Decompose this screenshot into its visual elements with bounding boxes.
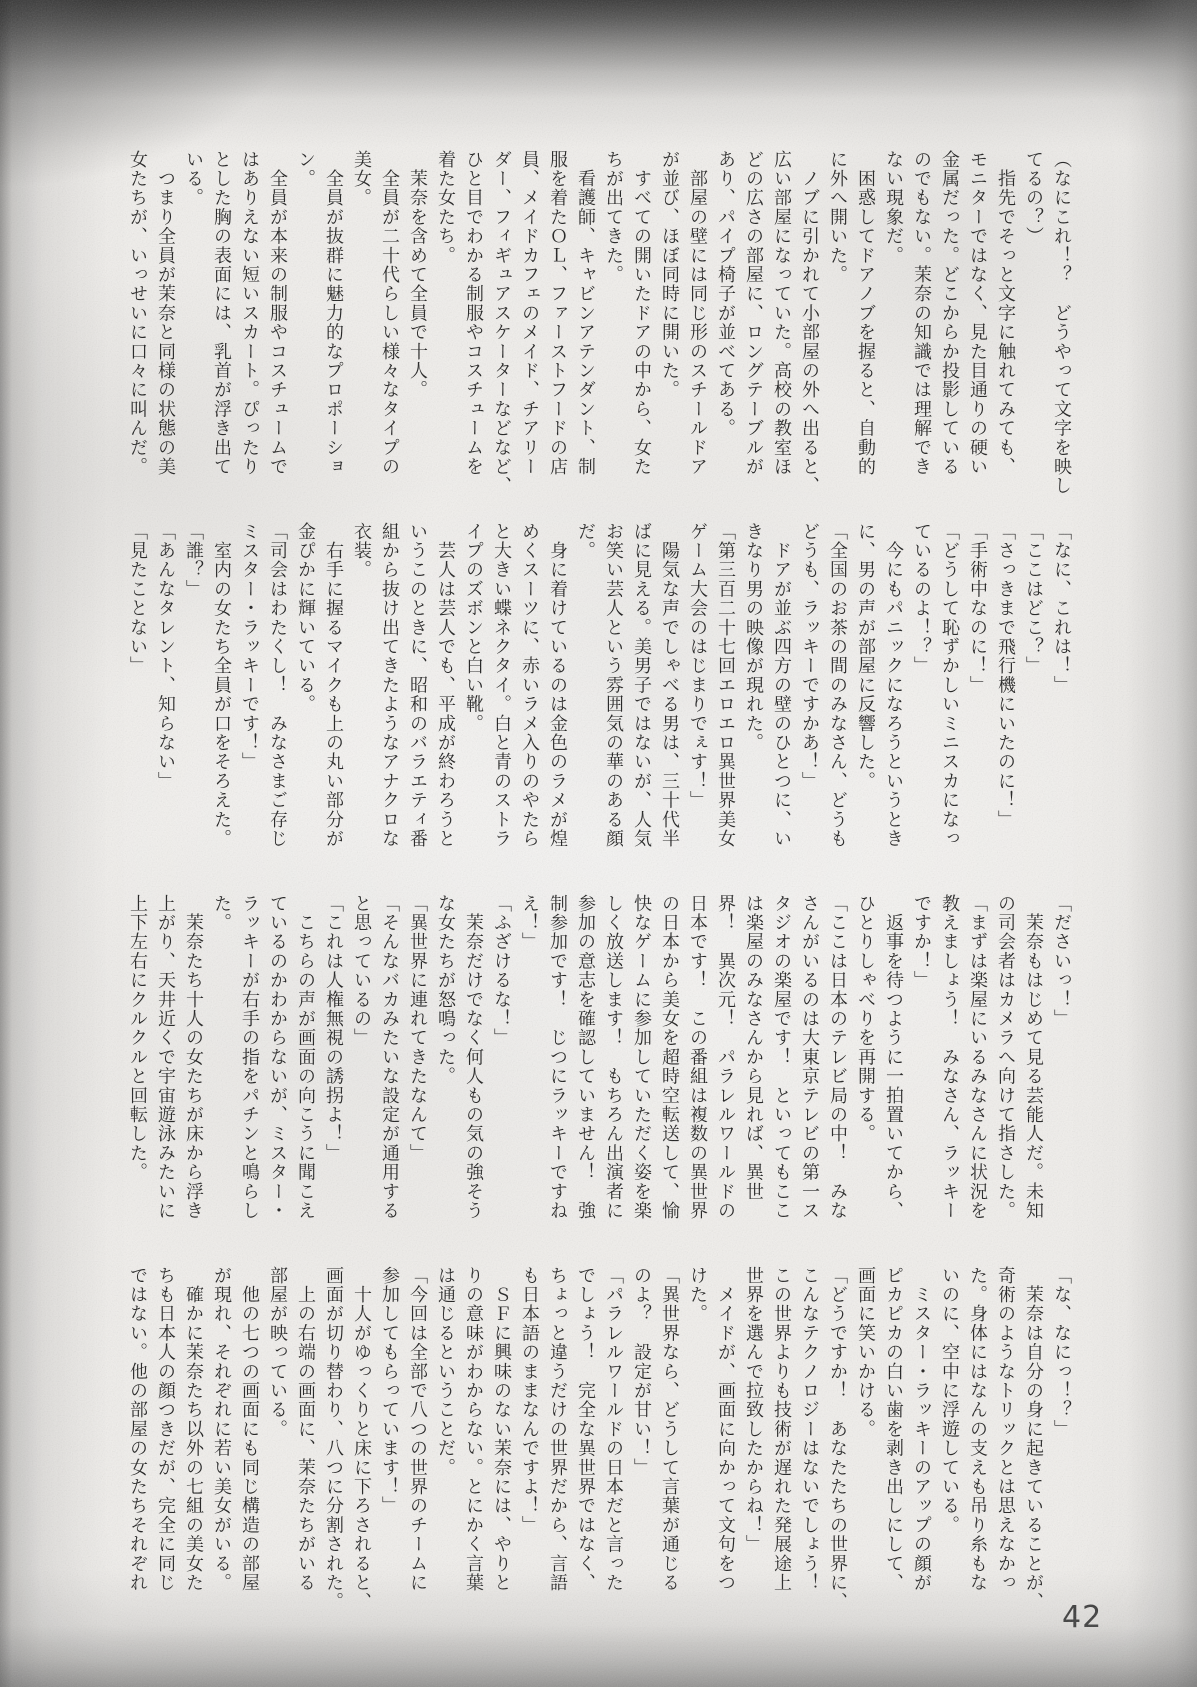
text-column: メイドが、画面に向かって文句をつ — [711, 1266, 739, 1616]
text-column: めくスーツに、赤いラメ入りのやたら — [515, 522, 543, 872]
text-column: 奇術のようなトリックとは思えなかっ — [991, 1266, 1019, 1616]
text-column: ちも日本人の顔つきだが、完全に同じ — [151, 1266, 179, 1616]
text-column: 「司会はわたくし！ みなさまご存じ — [263, 522, 291, 872]
text-column: 陽気な声でしゃべる男は、三十代半 — [655, 522, 683, 872]
text-column: でしょう！ 完全な異世界ではなく、 — [571, 1266, 599, 1616]
text-column: が並び、ほぼ同時に開いた。 — [655, 150, 683, 500]
text-column: 界！ 異次元！ パラレルワールドの — [711, 894, 739, 1244]
text-column: ているのよ！？」 — [907, 522, 935, 872]
text-column: 員、メイドカフェのメイド、チアリー — [515, 150, 543, 500]
text-column: ダー、フィギュアスケーターなどなど、 — [487, 150, 515, 500]
text-column: つまり全員が茉奈と同様の状態の美 — [151, 150, 179, 500]
text-column: ているのかわからないが、ミスター・ — [263, 894, 291, 1244]
text-column: だ。 — [571, 522, 599, 872]
text-column: 「そんなバカみたいな設定が通用する — [375, 894, 403, 1244]
text-column: 十人がゆっくりと床に下ろされると、 — [347, 1266, 375, 1616]
text-column: ひと目でわかる制服やコスチュームを — [459, 150, 487, 500]
text-column: 制参加です！ じつにラッキーですね — [543, 894, 571, 1244]
text-column: 全員が抜群に魅力的なプロポーショ — [319, 150, 347, 500]
text-column: 「ださいっ！」 — [1047, 894, 1075, 1244]
text-column: りの意味がわからない。とにかく言葉 — [459, 1266, 487, 1616]
text-column: ノブに引かれて小部屋の外へ出ると、 — [795, 150, 823, 500]
text-column: 「今回は全部で八つの世界のチームに — [403, 1266, 431, 1616]
text-column: 他の七つの画面にも同じ構造の部屋 — [235, 1266, 263, 1616]
text-column: 「異世界なら、どうして言葉が通じる — [655, 1266, 683, 1616]
text-column: ではない。他の部屋の女たちそれぞれ — [123, 1266, 151, 1616]
text-column: 「ここは日本のテレビ局の中！ みな — [823, 894, 851, 1244]
text-column: 「な、なにっ！？」 — [1047, 1266, 1075, 1616]
text-column: 看護師、キャビンアテンダント、制 — [571, 150, 599, 500]
text-column: のよ？ 設定が甘い！」 — [627, 1266, 655, 1616]
text-column: も日本語のままなんですよ！」 — [515, 1266, 543, 1616]
text-band-2: 「なに、これは！」「ここはどこ？」「さっきまで飛行機にいたのに！」「手術中なのに… — [123, 522, 1075, 872]
text-column: 茉奈は自分の身に起きていることが、 — [1019, 1266, 1047, 1616]
text-column: はありえない短いスカート。ぴったり — [235, 150, 263, 500]
text-column: と思っているの」 — [347, 894, 375, 1244]
text-column: どの広さの部屋に、ロングテーブルが — [739, 150, 767, 500]
text-column: 室内の女たち全員が口をそろえた。 — [207, 522, 235, 872]
text-column: は楽屋のみなさんから見れば、異世 — [739, 894, 767, 1244]
text-column: 教えましょう！ みなさん、ラッキー — [935, 894, 963, 1244]
text-column: 「第三百二十七回エロエロ異世界美女 — [711, 522, 739, 872]
text-column: イプのズボンと白い靴。 — [459, 522, 487, 872]
text-column: 画面が切り替わり、八つに分割された。 — [319, 1266, 347, 1616]
text-column: いうこのときに、昭和のバラエティ番 — [403, 522, 431, 872]
text-column: 今にもパニックになろうというとき — [879, 522, 907, 872]
text-column: 「全国のお茶の間のみなさん、どうも — [823, 522, 851, 872]
text-column: ラッキーが右手の指をパチンと鳴らし — [235, 894, 263, 1244]
text-column: 組から抜け出てきたようなアナクロな — [375, 522, 403, 872]
text-column: 世界を選んで拉致したからね！」 — [739, 1266, 767, 1616]
text-column: きなり男の映像が現れた。 — [739, 522, 767, 872]
text-column: 上がり、天井近くで宇宙遊泳みたいに — [151, 894, 179, 1244]
text-column: 指先でそっと文字に触れてみても、 — [991, 150, 1019, 500]
text-column: 「手術中なのに！」 — [963, 522, 991, 872]
text-column: ＳＦに興味のない茉奈には、やりと — [487, 1266, 515, 1616]
text-column: ピカピカの白い歯を剥き出しにして、 — [879, 1266, 907, 1616]
text-column: ない現象だ。 — [879, 150, 907, 500]
text-column: た。身体にはなんの支えも吊り糸もな — [963, 1266, 991, 1616]
text-column: 金ぴかに輝いている。 — [291, 522, 319, 872]
text-column: 「さっきまで飛行機にいたのに！」 — [991, 522, 1019, 872]
text-column: な女たちが怒鳴った。 — [431, 894, 459, 1244]
scan-shadow-right-edge — [1127, 0, 1197, 1687]
text-band-1: （なにこれ！？ どうやって文字を映してるの？） 指先でそっと文字に触れてみても、… — [123, 150, 1075, 500]
text-column: え！」 — [515, 894, 543, 1244]
text-column: 服を着たＯＬ、ファーストフードの店 — [543, 150, 571, 500]
page-number: 42 — [1062, 1600, 1102, 1635]
text-column: （なにこれ！？ どうやって文字を映し — [1047, 150, 1075, 500]
text-column: タジオの楽屋です！ といってもここ — [767, 894, 795, 1244]
text-column: 全員が本来の制服やコスチュームで — [263, 150, 291, 500]
text-column: 「ふざけるな！」 — [487, 894, 515, 1244]
text-column: こちらの声が画面の向こうに聞こえ — [291, 894, 319, 1244]
text-column: 茉奈だけでなく何人もの気の強そう — [459, 894, 487, 1244]
text-column: 「なに、これは！」 — [1047, 522, 1075, 872]
text-column: ひとりしゃべりを再開する。 — [851, 894, 879, 1244]
text-column: 「パラレルワールドの日本だと言った — [599, 1266, 627, 1616]
text-column: ミスター・ラッキーのアップの顔が — [907, 1266, 935, 1616]
text-column: さんがいるのは大東京テレビの第一ス — [795, 894, 823, 1244]
text-column: ちょっと違うだけの世界だから、言語 — [543, 1266, 571, 1616]
text-column: ン。 — [291, 150, 319, 500]
text-column: お笑い芸人という雰囲気の華のある顔 — [599, 522, 627, 872]
text-column: ミスター・ラッキーです！」 — [235, 522, 263, 872]
text-column: あり、パイプ椅子が並べてある。 — [711, 150, 739, 500]
text-column: こんなテクノロジーはないでしょう！ — [795, 1266, 823, 1616]
text-column: 身に着けているのは金色のラメが煌 — [543, 522, 571, 872]
text-column: 上の右端の画面に、茉奈たちがいる — [291, 1266, 319, 1616]
text-column: 広い部屋になっていた。高校の教室ほ — [767, 150, 795, 500]
text-column: に外へ開いた。 — [823, 150, 851, 500]
scanned-book-page: （なにこれ！？ どうやって文字を映してるの？） 指先でそっと文字に触れてみても、… — [0, 0, 1197, 1687]
text-column: 美女。 — [347, 150, 375, 500]
text-column: 部屋の壁には同じ形のスチールドア — [683, 150, 711, 500]
text-column: 快なゲームに参加していただく姿を楽 — [627, 894, 655, 1244]
text-column: どうも、ラッキーですかあ！」 — [795, 522, 823, 872]
text-column: 「誰？」 — [179, 522, 207, 872]
text-column: に、男の声が部屋に反響した。 — [851, 522, 879, 872]
text-column: ですか！」 — [907, 894, 935, 1244]
text-column: 「どうですか！ あなたたちの世界に、 — [823, 1266, 851, 1616]
text-column: 茉奈を含めて全員で十人。 — [403, 150, 431, 500]
text-column: た。 — [207, 894, 235, 1244]
scan-shadow-left-edge — [0, 0, 110, 1687]
text-band-4: 「な、なにっ！？」 茉奈は自分の身に起きていることが、奇術のようなトリックとは思… — [123, 1266, 1075, 1616]
text-column: 女たちが、いっせいに口々に叫んだ。 — [123, 150, 151, 500]
text-column: 「異世界に連れてきたなんて」 — [403, 894, 431, 1244]
text-column: ドアが並ぶ四方の壁のひとつに、い — [767, 522, 795, 872]
text-column: 困惑してドアノブを握ると、自動的 — [851, 150, 879, 500]
text-column: 返事を待つように一拍置いてから、 — [879, 894, 907, 1244]
text-column: 上下左右にクルクルと回転した。 — [123, 894, 151, 1244]
text-column: 茉奈もはじめて見る芸能人だ。未知 — [1019, 894, 1047, 1244]
text-column: 「まずは楽屋にいるみなさんに状況を — [963, 894, 991, 1244]
text-column: ゲーム大会のはじまりでぇす！」 — [683, 522, 711, 872]
text-column: 画面に笑いかける。 — [851, 1266, 879, 1616]
text-column: のでもない。茉奈の知識では理解でき — [907, 150, 935, 500]
text-column: てるの？） — [1019, 150, 1047, 500]
text-column: いる。 — [179, 150, 207, 500]
text-column: 「どうして恥ずかしいミニスカになっ — [935, 522, 963, 872]
text-column: 茉奈たち十人の女たちが床から浮き — [179, 894, 207, 1244]
text-column: 確かに茉奈たち以外の七組の美女た — [179, 1266, 207, 1616]
text-column: 衣装。 — [347, 522, 375, 872]
text-column: 「これは人権無視の誘拐よ！」 — [319, 894, 347, 1244]
text-column: 「あんなタレント、知らない」 — [151, 522, 179, 872]
text-column: ばに見える。美男子ではないが、人気 — [627, 522, 655, 872]
text-column: 右手に握るマイクも上の丸い部分が — [319, 522, 347, 872]
text-column: 金属だった。どこからか投影している — [935, 150, 963, 500]
text-column: 部屋が映っている。 — [263, 1266, 291, 1616]
text-column: が現れ、それぞれに若い美女がいる。 — [207, 1266, 235, 1616]
text-column: けた。 — [683, 1266, 711, 1616]
text-column: ちが出てきた。 — [599, 150, 627, 500]
text-column: 参加の意志を確認していません！ 強 — [571, 894, 599, 1244]
text-column: の司会者はカメラへ向けて指さした。 — [991, 894, 1019, 1244]
text-band-3: 「ださいっ！」 茉奈もはじめて見る芸能人だ。未知の司会者はカメラへ向けて指さした… — [123, 894, 1075, 1244]
text-column: すべての開いたドアの中から、女た — [627, 150, 655, 500]
text-column: 日本です！ この番組は複数の異世界 — [683, 894, 711, 1244]
text-column: しく放送します！ もちろん出演者に — [599, 894, 627, 1244]
text-column: 「ここはどこ？」 — [1019, 522, 1047, 872]
text-column: と大きい蝶ネクタイ。白と青のストラ — [487, 522, 515, 872]
text-column: とした胸の表面には、乳首が浮き出て — [207, 150, 235, 500]
text-column: この世界よりも技術が遅れた発展途上 — [767, 1266, 795, 1616]
text-column: モニターではなく、見た目通りの硬い — [963, 150, 991, 500]
text-column: 着た女たち。 — [431, 150, 459, 500]
text-column: いのに、空中に浮遊している。 — [935, 1266, 963, 1616]
text-column: 「見たことない」 — [123, 522, 151, 872]
text-column: は通じるということだ。 — [431, 1266, 459, 1616]
text-column: 全員が二十代らしい様々なタイプの — [375, 150, 403, 500]
text-column: 芸人は芸人でも、平成が終わろうと — [431, 522, 459, 872]
text-column: の日本から美女を超時空転送して、愉 — [655, 894, 683, 1244]
scan-shadow-top-edge — [0, 0, 1197, 150]
text-column: 参加してもらっています！」 — [375, 1266, 403, 1616]
